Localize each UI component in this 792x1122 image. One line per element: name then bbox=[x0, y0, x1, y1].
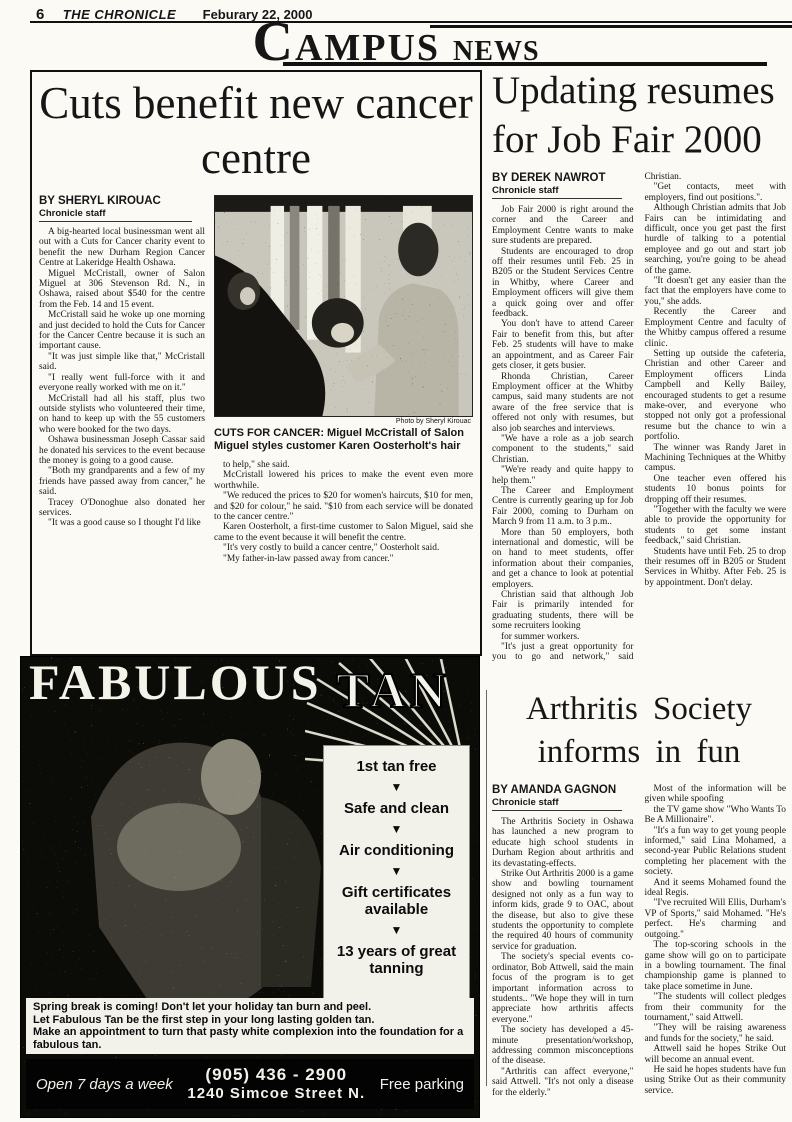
arthritis-paragraph: He said he hopes students have fun using… bbox=[645, 1065, 787, 1096]
tan-tagline-line: Make an appointment to turn that pasty w… bbox=[33, 1026, 467, 1051]
tan-tagline-line: Spring break is coming! Don't let your h… bbox=[33, 1001, 467, 1014]
jobfair-paragraph: The winner was Randy Jaret in Machining … bbox=[645, 443, 787, 474]
cancer-paragraph: "It's very costly to build a cancer cent… bbox=[214, 543, 473, 553]
cancer-paragraph: McCristall said he woke up one morning a… bbox=[39, 310, 205, 352]
cancer-paragraph: "My father-in-law passed away from cance… bbox=[214, 554, 473, 564]
cancer-paragraph: Oshawa businessman Joseph Cassar said he… bbox=[39, 435, 205, 466]
arthritis-paragraph: The top-scoring schools in the game show… bbox=[645, 940, 787, 992]
arthritis-paragraph: "I've recruited Will Ellis, Durham's VP … bbox=[645, 898, 787, 940]
tan-feature-item: Air conditioning bbox=[328, 823, 465, 859]
jobfair-byline-org: Chronicle staff bbox=[492, 185, 622, 199]
arthritis-paragraph: Most of the information will be given wh… bbox=[645, 784, 787, 805]
cancer-photo-credit: Photo by Sheryl Kirouac bbox=[214, 418, 471, 425]
jobfair-paragraph: "It doesn't get any easier than the fact… bbox=[645, 276, 787, 307]
jobfair-paragraph: "We have a role as a job search componen… bbox=[492, 434, 634, 465]
jobfair-byline: BY DEREK NAWROT bbox=[492, 172, 634, 185]
cancer-paragraph: "I really went full-force with it and ev… bbox=[39, 373, 205, 394]
tan-feature-item: Gift certificates available bbox=[328, 865, 465, 918]
jobfair-paragraph: Recently the Career and Employment Centr… bbox=[645, 307, 787, 349]
tan-contact: (905) 436 - 2900 1240 Simcoe Street N. bbox=[187, 1065, 365, 1103]
tan-feature-item: 1st tan free bbox=[328, 758, 465, 775]
jobfair-paragraph: Although Christian admits that Job Fairs… bbox=[645, 203, 787, 276]
arthritis-paragraph: The society's special events co-ordinato… bbox=[492, 952, 634, 1025]
column-divider bbox=[486, 690, 487, 1086]
fabulous-tan-ad: FABULOUS TAN 1st tan freeSafe and cleanA… bbox=[20, 656, 480, 1118]
masthead: THE CHRONICLE bbox=[63, 7, 176, 22]
jobfair-paragraph: "Get contacts, meet with employers, find… bbox=[645, 182, 787, 203]
cancer-paragraph: Tracey O'Donoghue also donated her servi… bbox=[39, 498, 205, 519]
tan-tagline-line: Let Fabulous Tan be the first step in yo… bbox=[33, 1014, 467, 1027]
tan-address: 1240 Simcoe Street N. bbox=[187, 1084, 365, 1103]
jobfair-paragraph: Students are encouraged to drop off thei… bbox=[492, 247, 634, 320]
tan-features-box: 1st tan freeSafe and cleanAir conditioni… bbox=[323, 745, 470, 1007]
tan-hours: Open 7 days a week bbox=[36, 1076, 173, 1093]
arthritis-paragraph: "The students will collect pledges from … bbox=[645, 992, 787, 1023]
arthritis-paragraph: Strike Out Arthritis 2000 is a game show… bbox=[492, 869, 634, 952]
cancer-paragraph: "Both my grandparents and a few of my fr… bbox=[39, 466, 205, 497]
cancer-article-column-1: BY SHERYL KIROUAC Chronicle staff A big-… bbox=[39, 195, 205, 564]
article-cuts-benefit-cancer-centre: Cuts benefit new cancer centre BY SHERYL… bbox=[30, 70, 482, 656]
arthritis-byline: BY AMANDA GAGNON bbox=[492, 784, 634, 797]
cancer-article-column-2: Photo by Sheryl Kirouac CUTS FOR CANCER:… bbox=[214, 195, 473, 564]
jobfair-paragraph: Students have until Feb. 25 to drop thei… bbox=[645, 547, 787, 589]
arthritis-paragraph: The Arthritis Society in Oshawa has laun… bbox=[492, 817, 634, 869]
tan-phone: (905) 436 - 2900 bbox=[187, 1065, 365, 1084]
jobfair-paragraph: The Career and Employment Centre is curr… bbox=[492, 486, 634, 528]
jobfair-body: BY DEREK NAWROT Chronicle staff Job Fair… bbox=[492, 172, 786, 664]
arthritis-paragraph: And it seems Mohamed found the ideal Reg… bbox=[645, 878, 787, 899]
cancer-paragraph: Karen Oosterholt, a first-time customer … bbox=[214, 522, 473, 543]
cancer-paragraph: Miguel McCristall, owner of Salon Miguel… bbox=[39, 269, 205, 311]
tan-contact-bar: Open 7 days a week (905) 436 - 2900 1240… bbox=[26, 1059, 474, 1109]
arthritis-paragraph: The society has developed a 45-minute pr… bbox=[492, 1025, 634, 1067]
cancer-article-headline: Cuts benefit new cancer centre bbox=[39, 76, 473, 186]
article-arthritis-society: Arthritis Society informs in fun BY AMAN… bbox=[492, 688, 786, 1106]
jobfair-paragraph: Setting up outside the cafeteria, Christ… bbox=[645, 349, 787, 443]
jobfair-paragraph: "We're ready and quite happy to help the… bbox=[492, 465, 634, 486]
jobfair-paragraph: Rhonda Christian, Career Employment offi… bbox=[492, 372, 634, 434]
arthritis-byline-org: Chronicle staff bbox=[492, 797, 622, 811]
arthritis-body: BY AMANDA GAGNON Chronicle staff The Art… bbox=[492, 784, 786, 1106]
jobfair-paragraph: for summer workers. bbox=[492, 632, 634, 642]
arthritis-paragraph: Attwell said he hopes Strike Out will be… bbox=[645, 1044, 787, 1065]
tan-parking: Free parking bbox=[380, 1076, 464, 1093]
tan-feature-item: 13 years of great tanning bbox=[328, 924, 465, 977]
cancer-paragraph: "We reduced the prices to $20 for women'… bbox=[214, 491, 473, 522]
article-job-fair-2000: Updating resumes for Job Fair 2000 BY DE… bbox=[492, 66, 786, 664]
arthritis-paragraph: the TV game show "Who Wants To Be A Mill… bbox=[645, 805, 787, 826]
jobfair-headline: Updating resumes for Job Fair 2000 bbox=[492, 66, 786, 164]
cancer-article-continuation: to help," she said.McCristall lowered hi… bbox=[214, 460, 473, 564]
arthritis-headline: Arthritis Society informs in fun bbox=[492, 688, 786, 774]
cancer-photo-caption: CUTS FOR CANCER: Miguel McCristall of Sa… bbox=[214, 427, 473, 453]
jobfair-paragraph: Job Fair 2000 is right around the corner… bbox=[492, 205, 634, 247]
cancer-paragraph: "It was just simple like that," McCrista… bbox=[39, 352, 205, 373]
jobfair-byline-block: BY DEREK NAWROT Chronicle staff bbox=[492, 172, 634, 199]
jobfair-paragraph: Christian said that although Job Fair is… bbox=[492, 590, 634, 632]
tan-feature-item: Safe and clean bbox=[328, 781, 465, 817]
cancer-paragraph: McCristall had all his staff, plus two o… bbox=[39, 394, 205, 436]
tan-logo-word: TAN bbox=[336, 662, 450, 718]
cancer-paragraph: "It was a good cause so I thought I'd li… bbox=[39, 518, 205, 528]
cancer-paragraph: A big-hearted local businessman went all… bbox=[39, 227, 205, 269]
arthritis-paragraph: "They will be raising awareness and fund… bbox=[645, 1023, 787, 1044]
cancer-photo bbox=[214, 195, 473, 417]
cancer-byline: BY SHERYL KIROUAC bbox=[39, 195, 205, 208]
jobfair-paragraph: "Together with the faculty we were able … bbox=[645, 505, 787, 547]
arthritis-paragraph: "Arthritis can affect everyone," said At… bbox=[492, 1067, 634, 1098]
arthritis-paragraph: "It's a fun way to get young people info… bbox=[645, 826, 787, 878]
jobfair-paragraph: More than 50 employers, both internation… bbox=[492, 528, 634, 590]
cancer-byline-org: Chronicle staff bbox=[39, 208, 192, 222]
tan-tagline: Spring break is coming! Don't let your h… bbox=[26, 998, 474, 1054]
arthritis-byline-block: BY AMANDA GAGNON Chronicle staff bbox=[492, 784, 634, 811]
jobfair-paragraph: You don't have to attend Career Fair to … bbox=[492, 319, 634, 371]
cancer-paragraph: McCristall lowered his prices to make th… bbox=[214, 470, 473, 491]
jobfair-paragraph: One teacher even offered his students 10… bbox=[645, 474, 787, 505]
cancer-paragraph: to help," she said. bbox=[214, 460, 473, 470]
tan-ad-brand: FABULOUS bbox=[29, 653, 322, 711]
